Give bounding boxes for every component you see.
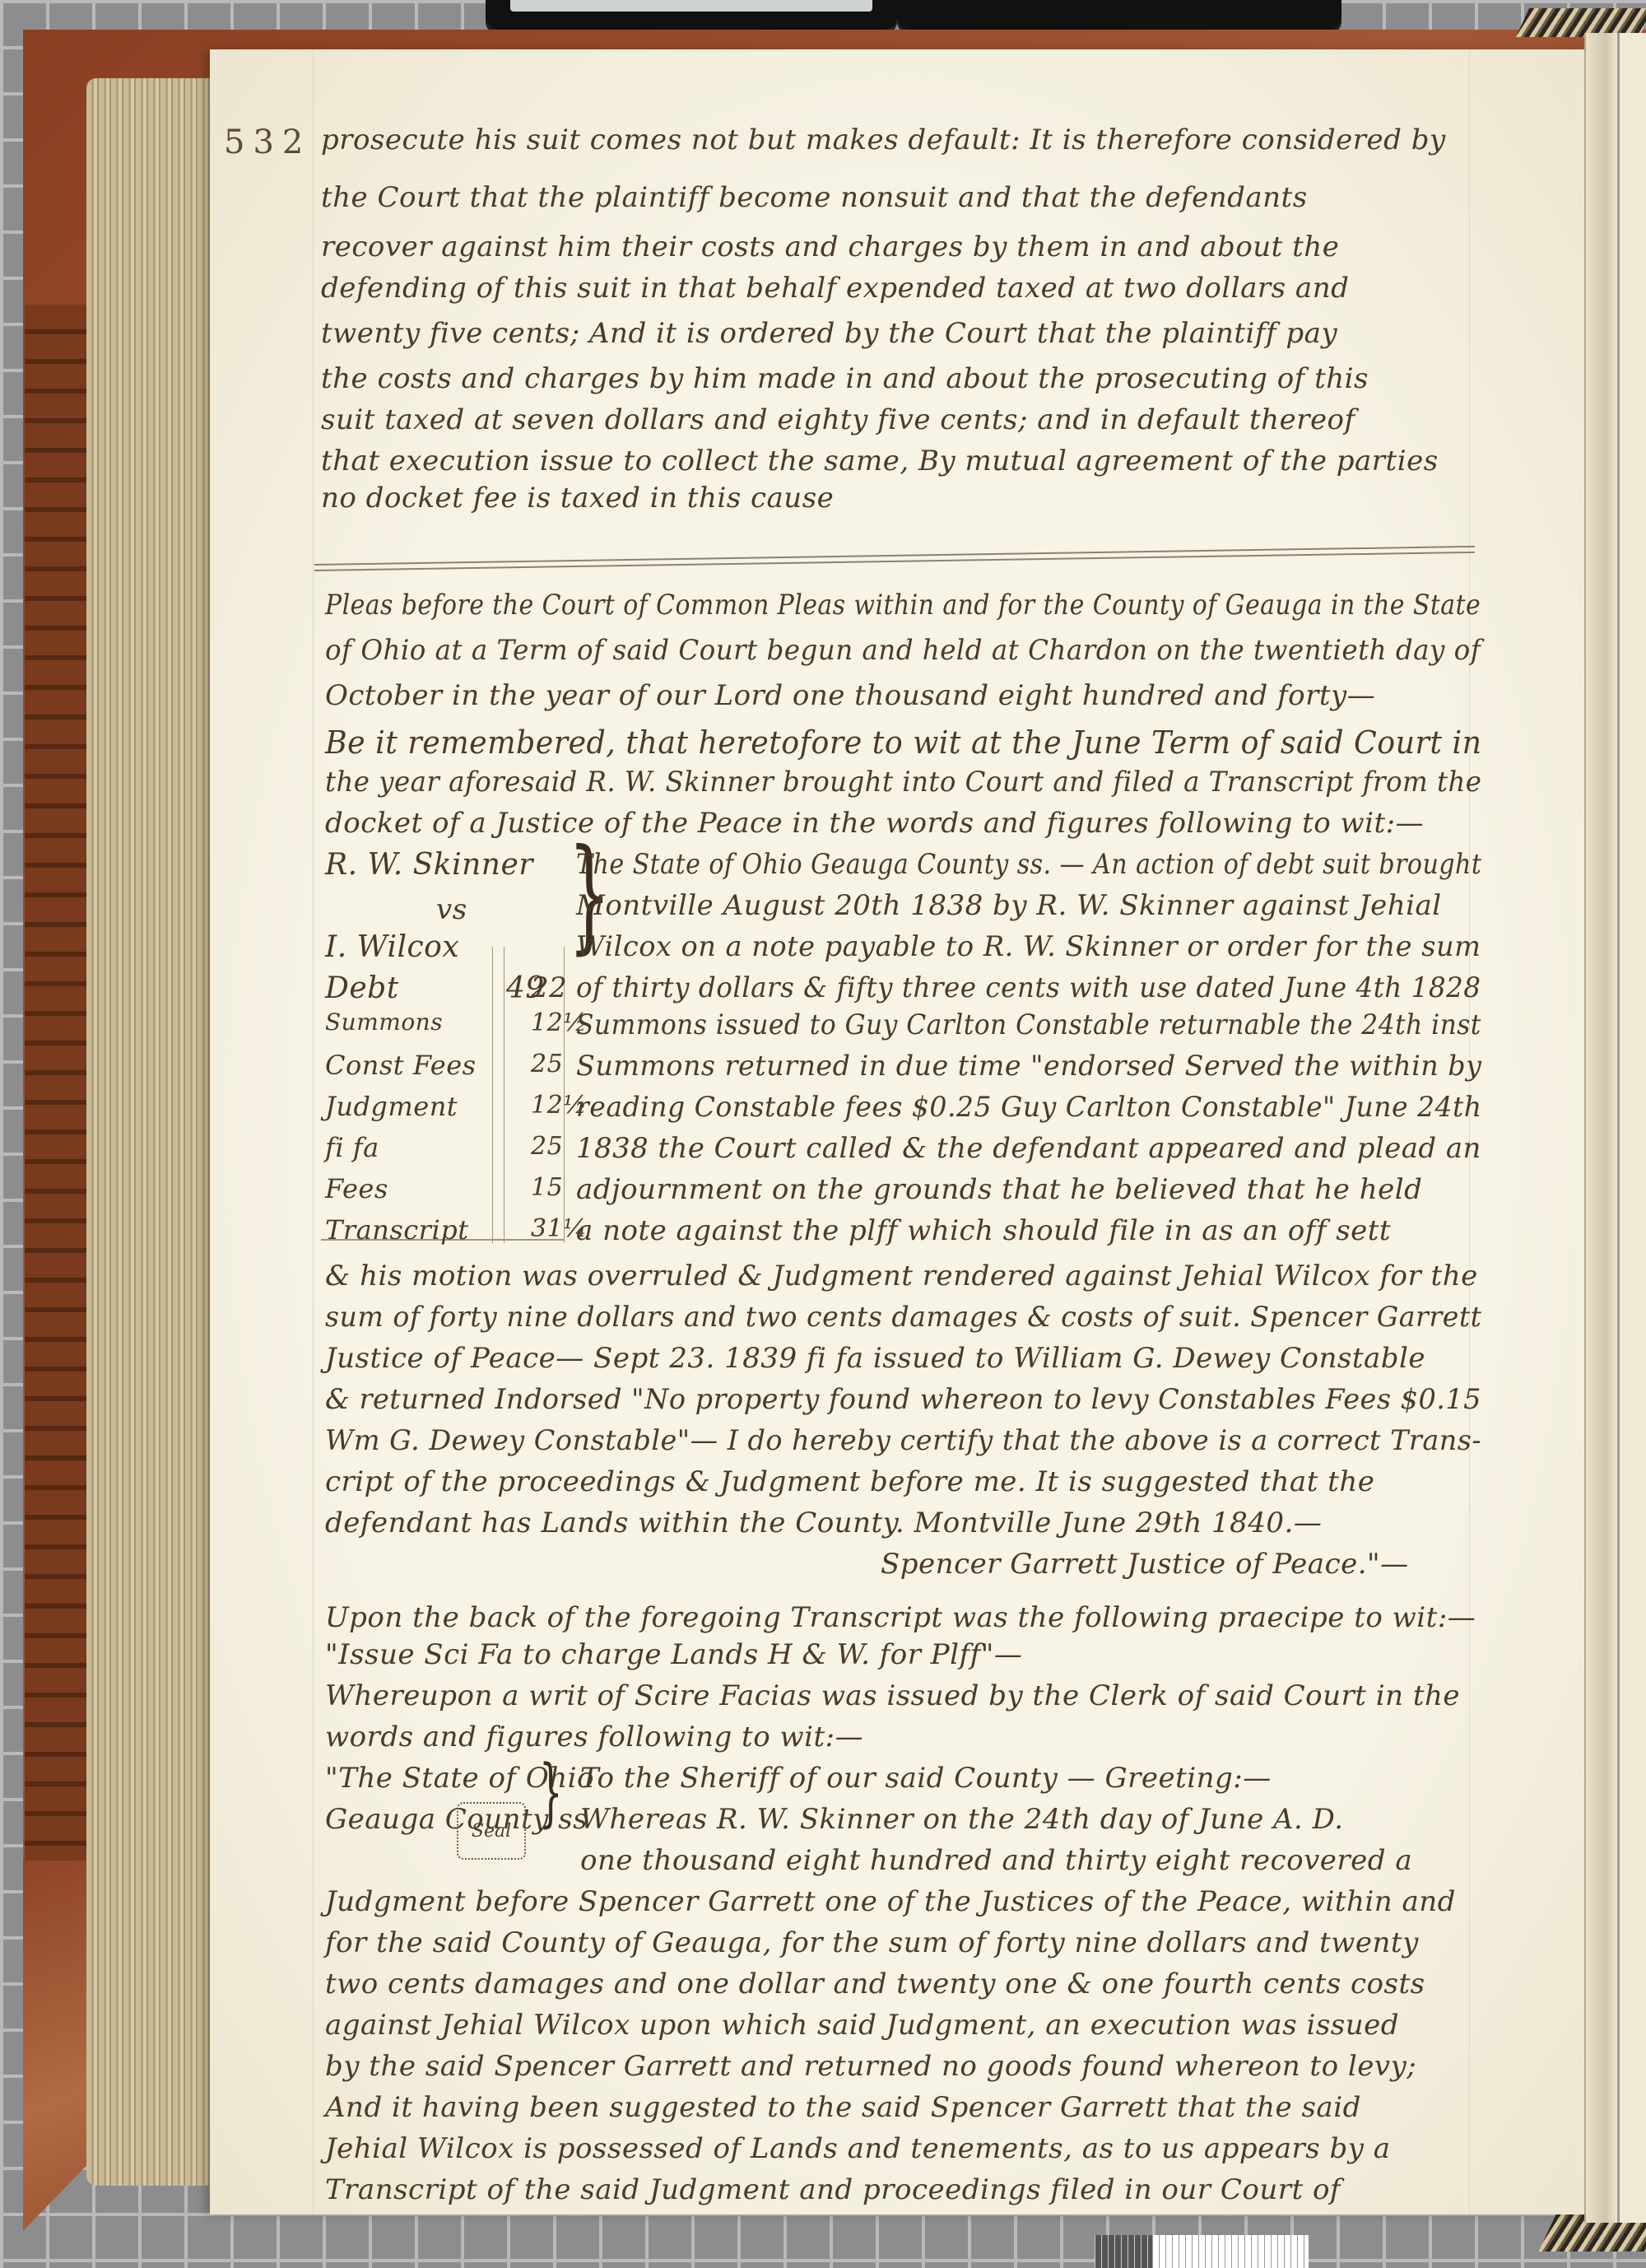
writ-line: against Jehial Wilcox upon which said Ju…	[325, 2009, 1399, 2042]
entry-2-heading-line: docket of a Justice of the Peace in the …	[325, 807, 1424, 840]
writ-line: one thousand eight hundred and thirty ei…	[580, 1844, 1412, 1877]
justice-signature: Spencer Garrett Justice of Peace."—	[881, 1548, 1409, 1581]
entry-1-line: that execution issue to collect the same…	[321, 445, 1439, 477]
transcript-line: Summons returned in due time "endorsed S…	[576, 1050, 1481, 1083]
entry-1-line: prosecute his suit comes not but makes d…	[321, 123, 1446, 156]
ledger-column-rule	[504, 947, 504, 1243]
ledger-label: Transcript	[325, 1214, 469, 1246]
plaintiff-name: R. W. Skinner	[325, 848, 533, 882]
facing-page-edge	[1617, 33, 1646, 2223]
writ-line: two cents damages and one dollar and twe…	[325, 1968, 1425, 2000]
court-seal: Seal	[457, 1802, 526, 1860]
entry-2-heading-line: the year aforesaid R. W. Skinner brought…	[325, 766, 1481, 799]
entry-1-line: the Court that the plaintiff become nons…	[321, 181, 1308, 214]
scale-ruler	[1152, 2235, 1309, 2268]
entry-1-line: twenty five cents; And it is ordered by …	[321, 317, 1337, 350]
entry-1-line: no docket fee is taxed in this cause	[321, 482, 834, 515]
page-edges	[86, 78, 218, 2186]
entry-1-line: recover against him their costs and char…	[321, 231, 1339, 263]
transcript-line: a note against the plff which should fil…	[576, 1214, 1391, 1247]
cover-spine-tab	[25, 305, 95, 1918]
writ-line: Judgment before Spencer Garrett one of t…	[325, 1885, 1456, 1918]
praecipe-line: words and figures following to wit:—	[325, 1721, 863, 1753]
ledger-label: Const Fees	[325, 1050, 477, 1081]
ledger-label: fi fa	[325, 1132, 379, 1163]
transcript-line: The State of Ohio Geauga County ss. — An…	[576, 848, 1481, 881]
transcript-line: defendant has Lands within the County. M…	[325, 1507, 1322, 1539]
ledger-label: Judgment	[325, 1091, 458, 1122]
page-number: 532	[224, 123, 311, 161]
ledger-cents: 25	[531, 1050, 563, 1078]
ledger-label: Summons	[325, 1008, 443, 1036]
scale-ruler-dark	[1095, 2235, 1152, 2268]
ledger-label: Fees	[325, 1173, 388, 1204]
transcript-line: Summons issued to Guy Carlton Constable …	[576, 1008, 1481, 1041]
defendant-name: I. Wilcox	[325, 930, 459, 964]
transcript-line: Wilcox on a note payable to R. W. Skinne…	[576, 930, 1481, 963]
ledger-cents: 22	[531, 971, 567, 1004]
praecipe-line: "Issue Sci Fa to charge Lands H & W. for…	[325, 1638, 1022, 1671]
entry-1-line: the costs and charges by him made in and…	[321, 362, 1369, 395]
writ-line: Transcript of the said Judgment and proc…	[325, 2173, 1341, 2206]
transcript-line: Montville August 20th 1838 by R. W. Skin…	[576, 889, 1442, 922]
left-margin-rule	[313, 49, 314, 2214]
writ-line: Jehial Wilcox is possessed of Lands and …	[325, 2132, 1391, 2165]
writ-address: To the Sheriff of our said County — Gree…	[580, 1762, 1272, 1795]
writ-brace: }	[539, 1749, 563, 1836]
transcript-line: adjournment on the grounds that he belie…	[576, 1173, 1422, 1206]
ledger-cents: 15	[531, 1173, 563, 1202]
book-gutter	[1584, 33, 1619, 2223]
writ-line: Whereas R. W. Skinner on the 24th day of…	[580, 1803, 1344, 1836]
writ-line: for the said County of Geauga, for the s…	[325, 1926, 1419, 1959]
versus: vs	[436, 893, 467, 926]
praecipe-line: Whereupon a writ of Scire Facias was iss…	[325, 1679, 1460, 1712]
ledger-label: Debt	[325, 971, 399, 1005]
transcript-line: Wm G. Dewey Constable"— I do hereby cert…	[325, 1424, 1481, 1457]
entry-2-heading-line: Be it remembered, that heretofore to wit…	[325, 724, 1481, 761]
praecipe-line: Upon the back of the foregoing Transcrip…	[325, 1601, 1476, 1634]
transcript-line: Justice of Peace— Sept 23. 1839 fi fa is…	[325, 1342, 1425, 1375]
transcript-line: & returned Indorsed "No property found w…	[325, 1383, 1481, 1416]
entry-2-heading-line: Pleas before the Court of Common Pleas w…	[325, 589, 1481, 622]
entry-1-line: defending of this suit in that behalf ex…	[321, 272, 1349, 305]
ledger-cents: 25	[531, 1132, 563, 1161]
entry-2-heading-line: of Ohio at a Term of said Court begun an…	[325, 634, 1481, 667]
transcript-line: of thirty dollars & fifty three cents wi…	[576, 971, 1481, 1004]
transcript-line: reading Constable fees $0.25 Guy Carlton…	[576, 1091, 1482, 1124]
transcript-line: cript of the proceedings & Judgment befo…	[325, 1465, 1374, 1498]
writ-line: And it having been suggested to the said…	[325, 2091, 1361, 2124]
transcript-line: 1838 the Court called & the defendant ap…	[576, 1132, 1481, 1165]
entry-2-heading-line: October in the year of our Lord one thou…	[325, 679, 1375, 712]
writ-line: by the said Spencer Garrett and returned…	[325, 2050, 1416, 2083]
transcript-line: & his motion was overruled & Judgment re…	[325, 1260, 1478, 1292]
entry-1-line: suit taxed at seven dollars and eighty f…	[321, 403, 1355, 436]
ledger-column-rule	[492, 947, 493, 1243]
transcript-line: sum of forty nine dollars and two cents …	[325, 1301, 1481, 1334]
